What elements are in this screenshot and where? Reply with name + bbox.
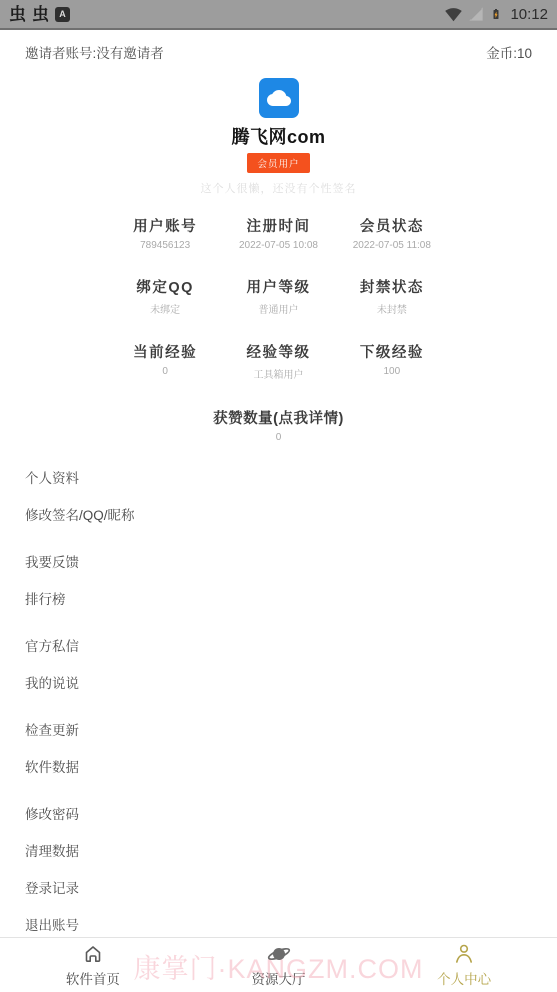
stat-label: 用户账号 — [109, 215, 222, 236]
member-badge: 会员用户 — [247, 153, 309, 173]
stat-value: 普通用户 — [222, 301, 335, 316]
wifi-icon — [445, 6, 462, 23]
menu-item-software-data[interactable]: 软件数据 — [25, 749, 557, 786]
menu-group-account: 修改密码 清理数据 登录记录 退出账号 — [25, 796, 557, 944]
inviter-account-text: 邀请者账号:没有邀请者 — [25, 42, 164, 62]
app-title: 腾飞网com — [0, 123, 557, 149]
likes-label: 获赞数量(点我详情) — [0, 407, 557, 428]
person-icon — [452, 942, 476, 966]
stat-next-level-exp: 下级经验 100 — [335, 341, 448, 381]
nav-label: 个人中心 — [437, 968, 491, 988]
stat-value: 100 — [335, 366, 448, 377]
stat-value: 2022-07-05 11:08 — [335, 240, 448, 251]
menu-item-personal-profile[interactable]: 个人资料 — [25, 460, 557, 497]
clock: 10:12 — [510, 6, 548, 23]
menu-group-community: 我要反馈 排行榜 — [25, 544, 557, 618]
stat-value: 未绑定 — [109, 301, 222, 316]
nav-item-personal-center[interactable]: 个人中心 — [371, 938, 557, 992]
likes-count-button[interactable]: 获赞数量(点我详情) 0 — [0, 407, 557, 443]
gold-coins-text: 金币:10 — [486, 42, 532, 62]
menu-group-messages: 官方私信 我的说说 — [25, 628, 557, 702]
user-signature: 这个人很懒，还没有个性签名 — [0, 180, 557, 196]
stat-current-exp: 当前经验 0 — [109, 341, 222, 381]
nav-label: 软件首页 — [66, 968, 120, 988]
stat-user-account: 用户账号 789456123 — [109, 215, 222, 251]
stat-label: 经验等级 — [222, 341, 335, 362]
stat-member-status: 会员状态 2022-07-05 11:08 — [335, 215, 448, 251]
user-stats-grid: 用户账号 789456123 注册时间 2022-07-05 10:08 会员状… — [109, 215, 449, 381]
bug-notification-icon: 虫 — [32, 6, 49, 23]
account-header: 邀请者账号:没有邀请者 金币:10 — [0, 42, 557, 62]
status-bar-notifications: 虫 虫 A — [9, 6, 70, 23]
stat-label: 用户等级 — [222, 276, 335, 297]
app-screen: 虫 虫 A 10:12 邀请者账号:没有邀请者 金币:10 — [0, 0, 557, 992]
menu-item-feedback[interactable]: 我要反馈 — [25, 544, 557, 581]
stat-value: 2022-07-05 10:08 — [222, 240, 335, 251]
menu-item-edit-signature-qq-nickname[interactable]: 修改签名/QQ/昵称 — [25, 497, 557, 534]
stat-label: 注册时间 — [222, 215, 335, 236]
cloud-icon — [267, 86, 291, 110]
menu-item-clear-data[interactable]: 清理数据 — [25, 833, 557, 870]
stat-bind-qq: 绑定QQ 未绑定 — [109, 276, 222, 316]
app-logo — [259, 78, 299, 118]
likes-value: 0 — [0, 432, 557, 443]
bug-notification-icon: 虫 — [9, 6, 26, 23]
stat-value: 789456123 — [109, 240, 222, 251]
menu-item-check-update[interactable]: 检查更新 — [25, 712, 557, 749]
stat-user-level: 用户等级 普通用户 — [222, 276, 335, 316]
bottom-nav: 软件首页 资源大厅 个人中心 — [0, 937, 557, 992]
menu-item-my-posts[interactable]: 我的说说 — [25, 665, 557, 702]
nav-item-resource-hall[interactable]: 资源大厅 — [186, 938, 372, 992]
stat-ban-status: 封禁状态 未封禁 — [335, 276, 448, 316]
stat-value: 0 — [109, 366, 222, 377]
settings-menu: 个人资料 修改签名/QQ/昵称 我要反馈 排行榜 官方私信 我的说说 检查更新 … — [0, 460, 557, 944]
planet-icon — [266, 942, 292, 966]
stat-register-time: 注册时间 2022-07-05 10:08 — [222, 215, 335, 251]
menu-item-ranking[interactable]: 排行榜 — [25, 581, 557, 618]
stat-label: 绑定QQ — [109, 276, 222, 297]
nav-item-software-home[interactable]: 软件首页 — [0, 938, 186, 992]
cellular-no-signal-icon — [468, 6, 484, 22]
stat-label: 当前经验 — [109, 341, 222, 362]
stat-label: 下级经验 — [335, 341, 448, 362]
nav-label: 资源大厅 — [252, 968, 306, 988]
battery-charging-icon — [490, 5, 502, 23]
stat-value: 工具箱用户 — [222, 366, 335, 381]
status-bar: 虫 虫 A 10:12 — [0, 0, 557, 30]
menu-item-login-records[interactable]: 登录记录 — [25, 870, 557, 907]
stat-label: 会员状态 — [335, 215, 448, 236]
stat-value: 未封禁 — [335, 301, 448, 316]
menu-item-official-message[interactable]: 官方私信 — [25, 628, 557, 665]
menu-group-profile: 个人资料 修改签名/QQ/昵称 — [25, 460, 557, 534]
status-bar-system: 10:12 — [445, 5, 548, 23]
menu-item-change-password[interactable]: 修改密码 — [25, 796, 557, 833]
menu-group-software: 检查更新 软件数据 — [25, 712, 557, 786]
input-method-icon: A — [55, 7, 70, 22]
stat-label: 封禁状态 — [335, 276, 448, 297]
home-icon — [81, 942, 105, 966]
profile-section: 腾飞网com 会员用户 这个人很懒，还没有个性签名 — [0, 78, 557, 196]
stat-exp-level: 经验等级 工具箱用户 — [222, 341, 335, 381]
